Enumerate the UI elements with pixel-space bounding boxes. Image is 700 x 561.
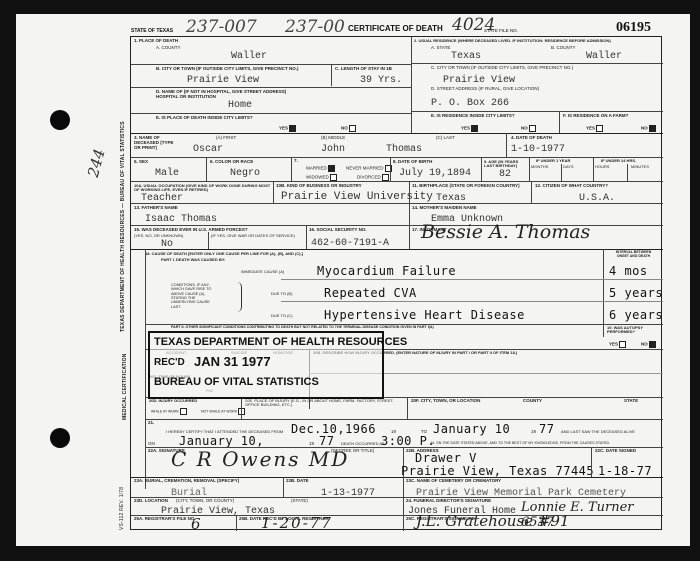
medical-certification-label: MEDICAL CERTIFICATION <box>122 353 128 420</box>
handwritten-number-2: 237-00 <box>285 17 345 37</box>
form-code: VS-112 REV. 1/78 <box>119 487 125 530</box>
sidebar-agency-text: TEXAS DEPARTMENT OF HEALTH RESOURCES — B… <box>120 121 126 332</box>
residence-state: Texas <box>451 52 481 62</box>
kind-of-business: Prairie View University <box>281 192 433 203</box>
while-at-work-checkbox[interactable]: WHILE AT WORK <box>151 408 187 415</box>
stamp-date: JAN 31 1977 <box>194 354 271 369</box>
received-stamp: TEXAS DEPARTMENT OF HEALTH RESOURCES REC… <box>148 331 384 399</box>
certificate-number: 06195 <box>616 20 651 36</box>
physician-address-line1: Drawer V <box>415 452 477 464</box>
marital-never-married[interactable]: Never Married <box>346 165 392 172</box>
residence-farm-no[interactable]: NO <box>641 125 656 132</box>
time-of-death: 3:00 P. <box>381 435 435 447</box>
length-of-stay: 39 Yrs. <box>360 76 402 86</box>
punch-hole-top <box>50 110 70 130</box>
residence-inside-limits-yes[interactable]: YES <box>461 125 478 132</box>
residence-inside-limits-no[interactable]: NO <box>521 125 536 132</box>
place-of-death-label: 1. PLACE OF DEATH <box>134 39 178 44</box>
place-inside-limits-no[interactable]: NO <box>341 125 356 132</box>
place-of-death-city: Prairie View <box>187 76 259 86</box>
age: 82 <box>499 170 511 180</box>
interval-a: 4 mos <box>609 265 648 277</box>
place-of-death-county: Waller <box>231 52 267 62</box>
marital-divorced[interactable]: Divorced <box>357 174 389 181</box>
last-seen-date: January 10, <box>179 435 264 447</box>
autopsy-no[interactable]: NO <box>641 341 656 348</box>
deceased-first-name: Oscar <box>193 145 223 155</box>
physician-address-line2: Prairie View, Texas 77445 <box>401 465 594 477</box>
state-of-texas-label: STATE OF TEXAS <box>131 28 173 34</box>
hospital-or-institution: Home <box>228 101 252 111</box>
residence-city: Prairie View <box>443 76 515 86</box>
interval-b: 5 years <box>609 287 663 299</box>
residence-county: Waller <box>586 52 622 62</box>
last-seen-year: 77 <box>319 435 334 447</box>
handwritten-number-1: 237-007 <box>186 17 257 37</box>
stamp-agency: TEXAS DEPARTMENT OF HEALTH RESOURCES <box>154 336 407 348</box>
stamp-recd: REC'D <box>154 357 185 368</box>
father-name: Isaac Thomas <box>145 215 217 225</box>
not-while-at-work-checkbox[interactable]: NOT WHILE AT WORK <box>201 408 245 415</box>
marital-widowed[interactable]: Widowed <box>306 174 337 181</box>
interval-c: 6 years <box>609 309 663 321</box>
social-security-number: 462-60-7191-A <box>311 239 389 249</box>
date-of-birth: July 19,1894 <box>399 169 471 179</box>
deceased-middle-name: John <box>321 145 345 155</box>
registrar-file-number: 6 <box>191 515 201 533</box>
sex: Male <box>155 169 179 179</box>
registrar-received-date: 1-20-77 <box>261 514 333 532</box>
due-to-cause-c: Hypertensive Heart Disease <box>324 309 525 321</box>
state-file-label: STATE FILE NO. <box>484 28 518 33</box>
marital-married[interactable]: Married <box>306 165 335 172</box>
physician-signature: C R Owens MD <box>171 447 349 471</box>
due-to-cause-b: Repeated CVA <box>324 287 417 299</box>
deceased-last-name: Thomas <box>386 145 422 155</box>
usual-residence-label: 2. USUAL RESIDENCE (Where deceased lived… <box>414 39 611 43</box>
attended-to-year: 77 <box>539 423 554 435</box>
attended-to-date: January 10 <box>433 423 510 435</box>
place-inside-limits-yes[interactable]: YES <box>279 125 296 132</box>
residence-farm-yes[interactable]: YES <box>586 125 603 132</box>
immediate-cause: Myocardium Failure <box>317 265 456 277</box>
autopsy-yes[interactable]: YES <box>609 341 626 348</box>
date-signed: 1-18-77 <box>598 465 652 477</box>
informant-signature: Bessie A. Thomas <box>421 221 590 243</box>
punch-hole-bottom <box>50 428 70 448</box>
stamp-bureau: BUREAU OF VITAL STATISTICS <box>154 376 319 388</box>
registrar-signature: J.L. Gratehouse #91 <box>416 512 569 530</box>
color-or-race: Negro <box>230 169 260 179</box>
certificate-title: CERTIFICATE OF DEATH <box>348 24 443 33</box>
date-of-death: 1-10-1977 <box>511 145 565 155</box>
death-certificate-form: 1. PLACE OF DEATH a. COUNTY Waller b. CI… <box>130 36 662 530</box>
residence-street: P. O. Box 266 <box>431 99 509 109</box>
